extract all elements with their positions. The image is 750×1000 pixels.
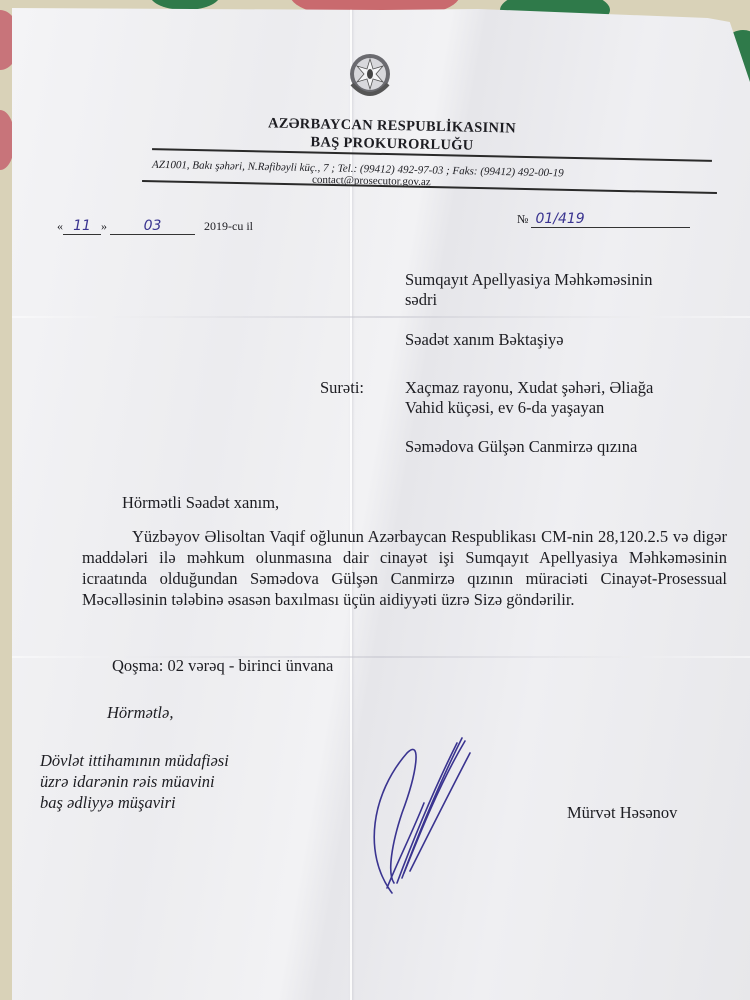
letter-body: Yüzbəyov Əlisoltan Vaqif oğlunun Azərbay… — [82, 526, 727, 610]
signer-title: Dövlət ittihamının müdafiəsi üzrə idarən… — [40, 750, 229, 813]
number-label: № — [517, 212, 528, 226]
copy-block: Xaçmaz rayonu, Xudat şəhəri, Əliağa Vahi… — [405, 378, 653, 457]
date-year: 2019-cu il — [204, 219, 253, 233]
recipient-block: Sumqayıt Apellyasiya Məhkəməsinin sədri … — [405, 270, 652, 350]
copy-line-2: Vahid küçəsi, ev 6-da yaşayan — [405, 398, 653, 418]
date-close-quote: » — [101, 219, 107, 233]
signer-name: Mürvət Həsənov — [567, 803, 677, 823]
recipient-line-1: Sumqayıt Apellyasiya Məhkəməsinin — [405, 270, 652, 290]
copy-label: Surəti: — [320, 378, 364, 398]
signer-title-line-3: baş ədliyyə müşaviri — [40, 792, 229, 813]
signer-title-line-1: Dövlət ittihamının müdafiəsi — [40, 750, 229, 771]
letter-paper: AZƏRBAYCAN RESPUBLİKASININ BAŞ PROKURORL… — [12, 8, 750, 1000]
salutation: Hörmətli Səadət xanım, — [122, 493, 279, 513]
handwritten-signature — [352, 733, 482, 903]
tablecloth-leaf — [150, 0, 220, 10]
signer-title-line-2: üzrə idarənin rəis müavini — [40, 771, 229, 792]
recipient-line-2: sədri — [405, 290, 652, 310]
date-day: 11 — [63, 218, 101, 235]
document-number: № 01/419 — [517, 211, 690, 228]
state-emblem-icon — [342, 48, 398, 104]
number-value: 01/419 — [531, 211, 690, 228]
date-field: «11» 03 2019-cu il — [57, 218, 253, 235]
date-month: 03 — [110, 218, 195, 235]
copy-line-1: Xaçmaz rayonu, Xudat şəhəri, Əliağa — [405, 378, 653, 398]
closing: Hörmətlə, — [107, 703, 173, 723]
recipient-name: Səadət xanım Bəktaşiyə — [405, 330, 652, 350]
copy-name: Səmədova Gülşən Canmirzə qızına — [405, 437, 653, 457]
attachment-note: Qoşma: 02 vərəq - birinci ünvana — [112, 656, 333, 676]
